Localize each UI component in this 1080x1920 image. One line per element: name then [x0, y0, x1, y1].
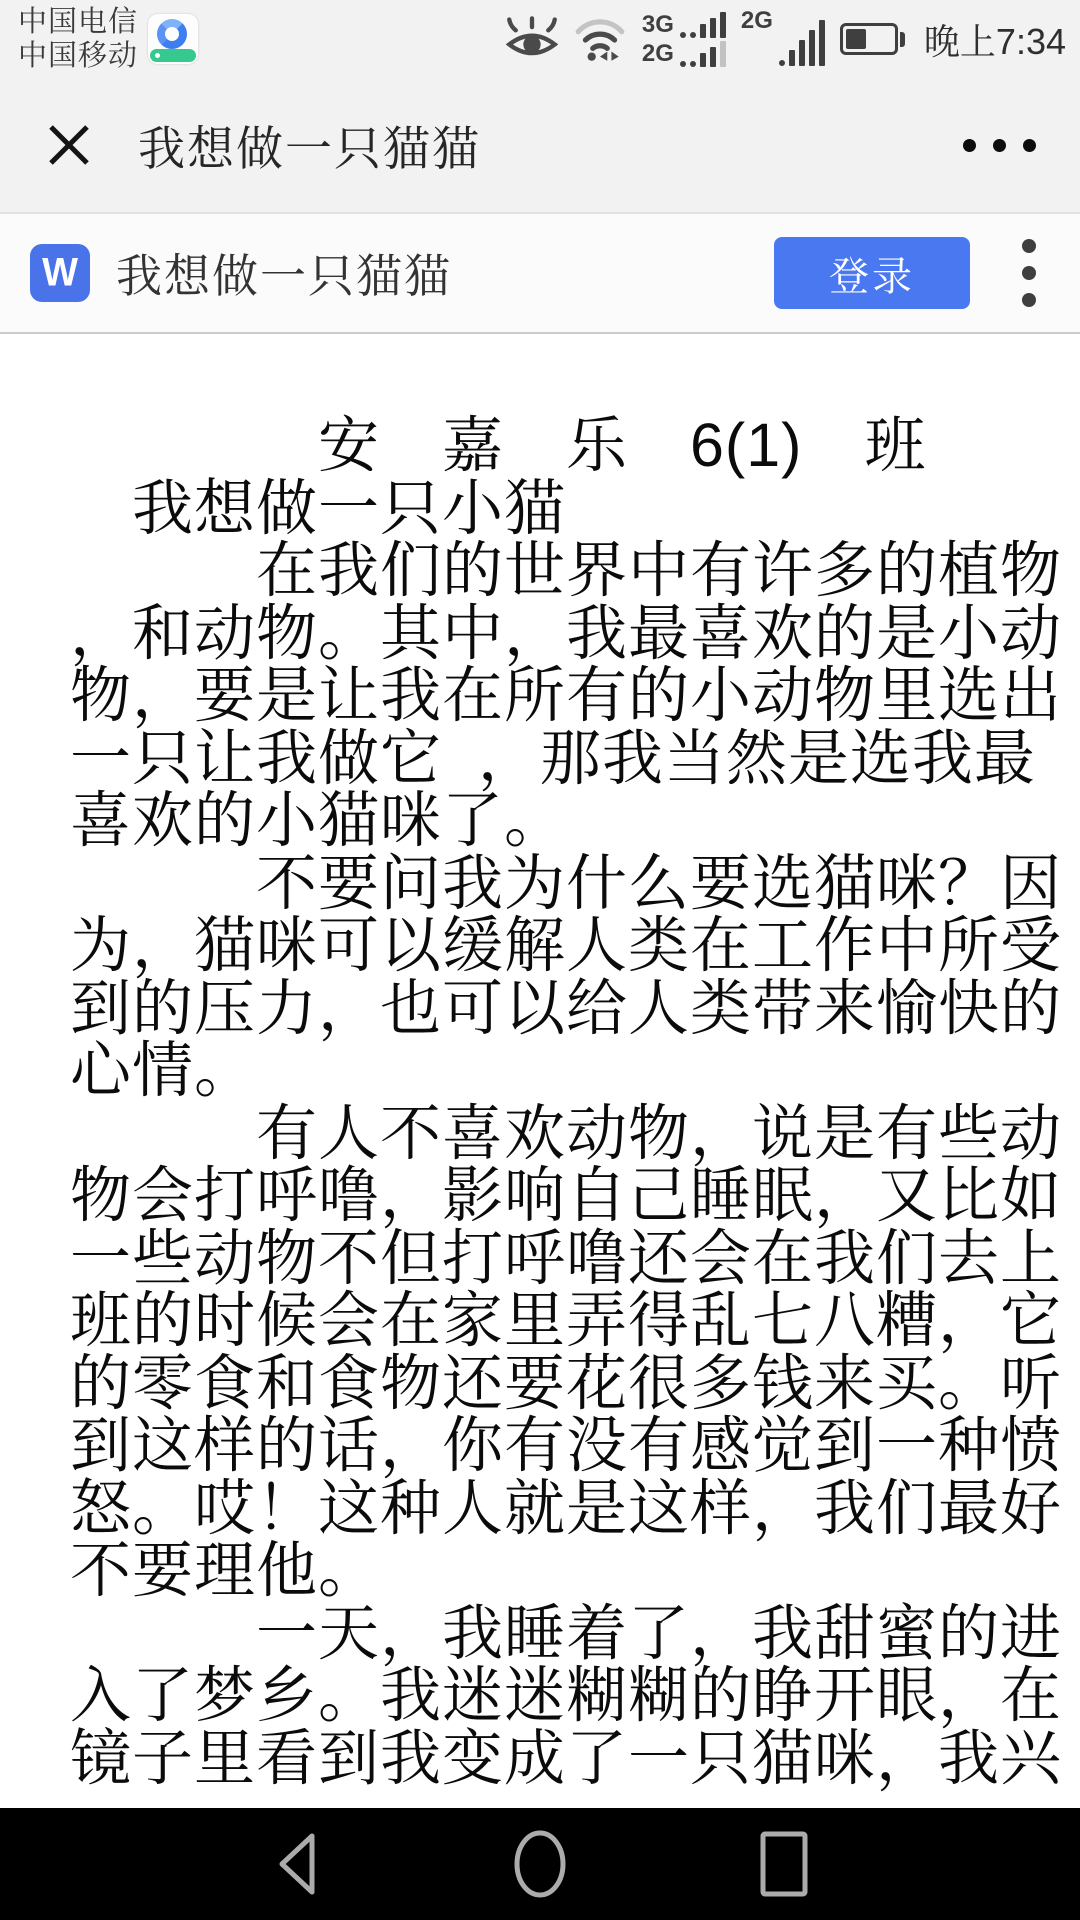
doc-line: 不要理他。 [70, 1539, 1080, 1602]
sim2-signal-icon: 2G [741, 10, 825, 68]
battery-icon [840, 23, 905, 55]
login-button[interactable]: 登录 [774, 237, 970, 309]
carrier-name-1: 中国电信 [18, 5, 138, 39]
doc-line: 一些动物不但打呼噜还会在我们去上 [70, 1227, 1080, 1290]
sim2-net-label: 2G [741, 8, 773, 34]
sim1-signal-row-2g: 2G [642, 41, 726, 67]
wps-logo-icon: W [30, 244, 90, 302]
doc-line: 到的压力，也可以给人类带来愉快的 [70, 977, 1080, 1040]
browser-badge-strip [150, 49, 196, 62]
carrier-labels: 中国电信 中国移动 [18, 5, 138, 73]
doc-line: 物会打呼噜，影响自己睡眠，又比如 [70, 1164, 1080, 1227]
doc-line: 有人不喜欢动物，说是有些动 [70, 1102, 1080, 1165]
back-button[interactable] [261, 1829, 331, 1899]
phone-screen: 中国电信 中国移动 [0, 0, 1080, 1920]
doc-line: 镜子里看到我变成了一只猫咪，我兴 [70, 1727, 1080, 1790]
home-button[interactable] [505, 1829, 575, 1899]
doc-line: 为，猫咪可以缓解人类在工作中所受 [70, 914, 1080, 977]
wifi-icon [573, 17, 627, 61]
recents-icon [758, 1830, 810, 1898]
doc-line: 安 嘉 乐 6(1) 班 [70, 414, 1080, 477]
browser-swirl-shape [157, 19, 187, 49]
doc-line: 一天，我睡着了，我甜蜜的进 [70, 1602, 1080, 1665]
sim1-net-label: 3G [642, 12, 674, 38]
doc-line: 一只让我做它 ，那我当然是选我最 [70, 727, 1080, 790]
battery-level [846, 29, 866, 49]
doc-line: ，和动物。其中，我最喜欢的是小动 [70, 602, 1080, 665]
eye-protection-icon [506, 16, 558, 62]
doc-line: 心情。 [70, 1039, 1080, 1102]
qq-browser-icon [148, 14, 198, 64]
wps-toolbar: W 我想做一只猫猫 登录 [0, 214, 1080, 334]
status-bar: 中国电信 中国移动 [0, 0, 1080, 78]
doc-line: 喜欢的小猫咪了。 [70, 789, 1080, 852]
kebab-menu-icon[interactable] [1022, 239, 1036, 307]
android-nav-bar [0, 1808, 1080, 1920]
doc-line: 在我们的世界中有许多的植物 [70, 539, 1080, 602]
doc-line: 入了梦乡。我迷迷糊糊的睁开眼，在 [70, 1664, 1080, 1727]
doc-line: 怒。哎！这种人就是这样，我们最好 [70, 1477, 1080, 1540]
close-icon[interactable] [44, 120, 94, 170]
sim1-signal-row-3g: 3G [642, 12, 726, 38]
doc-line: 我想做一只小猫 [70, 477, 1080, 540]
clock-text: 晚上7:34 [924, 14, 1066, 65]
sim1-net-label-2: 2G [642, 41, 674, 67]
document-title: 我想做一只猫猫 [116, 240, 452, 306]
status-icons: 3G 2G 2G [506, 10, 1066, 68]
more-options-icon[interactable] [963, 139, 1036, 152]
doc-line: 班的时候会在家里弄得乱七八糟，它 [70, 1289, 1080, 1352]
doc-line: 到这样的话，你有没有感觉到一种愤 [70, 1414, 1080, 1477]
sim1-signal-icon: 3G 2G [642, 12, 726, 67]
doc-line: 的零食和食物还要花很多钱来买。听 [70, 1352, 1080, 1415]
page-title: 我想做一只猫猫 [138, 112, 481, 179]
recents-button[interactable] [749, 1829, 819, 1899]
document-page[interactable]: 安 嘉 乐 6(1) 班 我想做一只小猫 在我们的世界中有许多的植物 ，和动物。… [0, 334, 1080, 1808]
browser-header: 我想做一只猫猫 [0, 78, 1080, 214]
wps-logo-letter: W [42, 250, 78, 295]
carrier-name-2: 中国移动 [18, 39, 138, 73]
home-icon [512, 1829, 568, 1899]
doc-line: 不要问我为什么要选猫咪？因 [70, 852, 1080, 915]
doc-line: 物，要是让我在所有的小动物里选出 [70, 664, 1080, 727]
back-icon [274, 1831, 318, 1897]
